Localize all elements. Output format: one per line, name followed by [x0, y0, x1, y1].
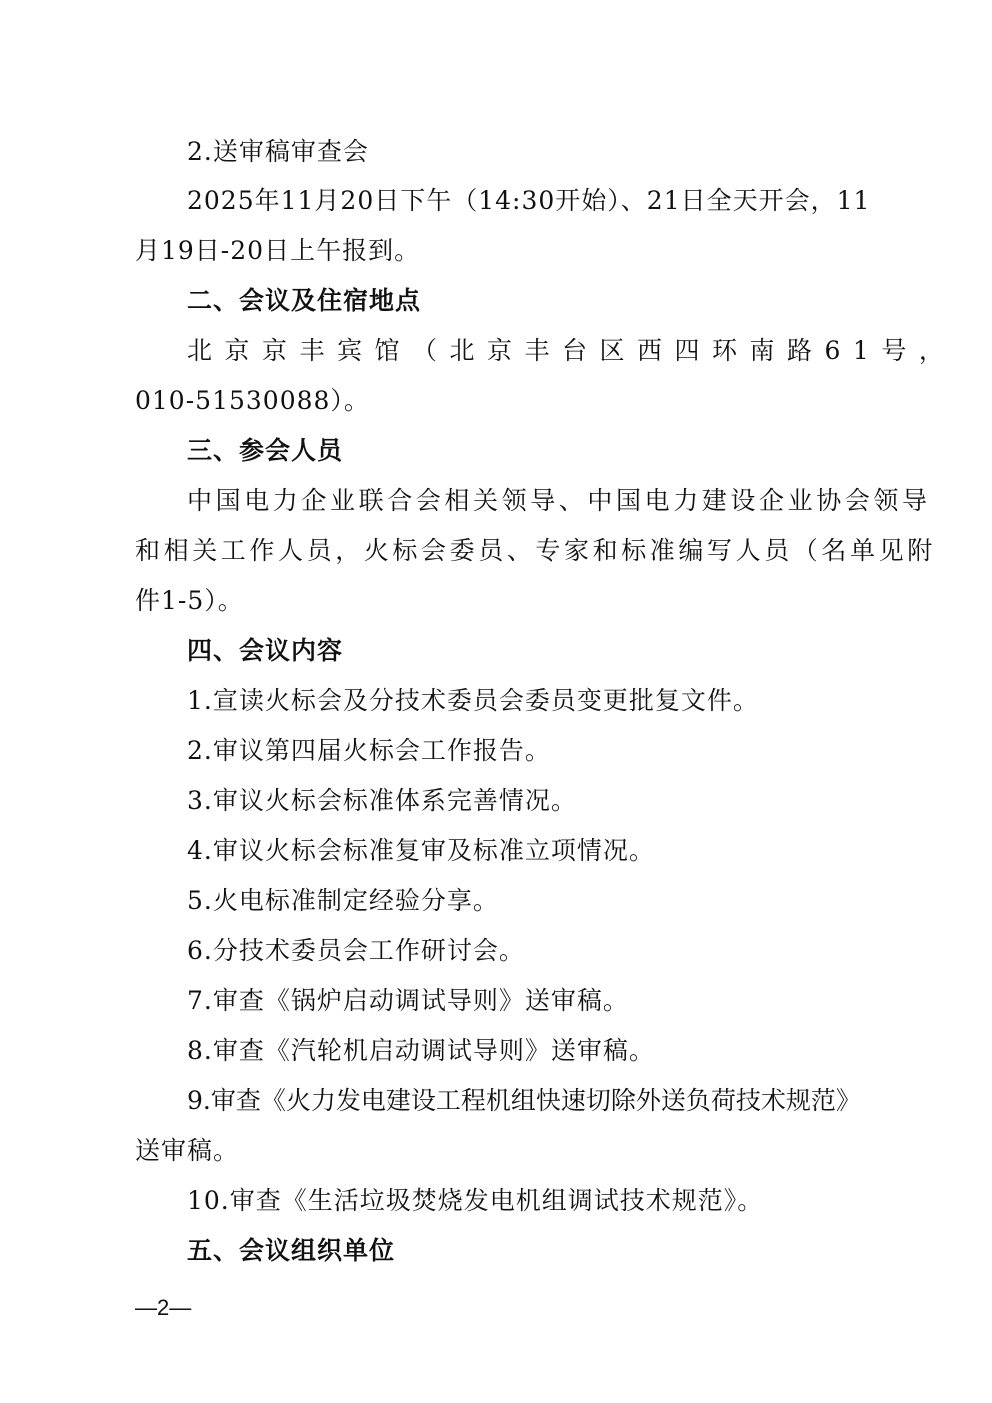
paragraph-attendees-line1: 中国电力企业联合会相关领导、中国电力建设企业协会领导: [187, 486, 931, 516]
heading-venue: 二、会议及住宿地点: [187, 286, 421, 316]
paragraph-schedule-line1: 2025年11月20日下午（14:30开始）、21日全天开会，11: [187, 186, 870, 216]
agenda-item-9-line1: 9.审查《火力发电建设工程机组快速切除外送负荷技术规范》: [187, 1086, 861, 1116]
paragraph-venue-line2: 010-51530088）。: [135, 386, 370, 416]
agenda-item-5: 5.火电标准制定经验分享。: [187, 886, 499, 916]
agenda-item-1: 1.宣读火标会及分技术委员会委员变更批复文件。: [187, 686, 759, 716]
page-number: —2—: [135, 1295, 191, 1321]
subsection-review-meeting: 2.送审稿审查会: [187, 137, 369, 167]
heading-agenda: 四、会议内容: [187, 636, 343, 666]
paragraph-schedule-line2: 月19日-20日上午报到。: [135, 236, 420, 266]
paragraph-venue-line1: 北京京丰宾馆（北京丰台区西四环南路61号，: [187, 336, 956, 366]
heading-attendees: 三、参会人员: [187, 436, 343, 466]
agenda-item-7: 7.审查《锅炉启动调试导则》送审稿。: [187, 986, 629, 1016]
agenda-item-9-line2: 送审稿。: [135, 1136, 239, 1166]
agenda-item-8: 8.审查《汽轮机启动调试导则》送审稿。: [187, 1036, 655, 1066]
agenda-item-4: 4.审议火标会标准复审及标准立项情况。: [187, 836, 655, 866]
paragraph-attendees-line2: 和相关工作人员，火标会委员、专家和标准编写人员（名单见附: [135, 536, 936, 566]
agenda-item-3: 3.审议火标会标准体系完善情况。: [187, 786, 577, 816]
agenda-item-6: 6.分技术委员会工作研讨会。: [187, 936, 525, 966]
agenda-item-10: 10.审查《生活垃圾焚烧发电机组调试技术规范》。: [187, 1186, 763, 1216]
agenda-item-2: 2.审议第四届火标会工作报告。: [187, 736, 551, 766]
heading-organizers: 五、会议组织单位: [187, 1236, 395, 1266]
paragraph-attendees-line3: 件1-5）。: [135, 586, 244, 616]
